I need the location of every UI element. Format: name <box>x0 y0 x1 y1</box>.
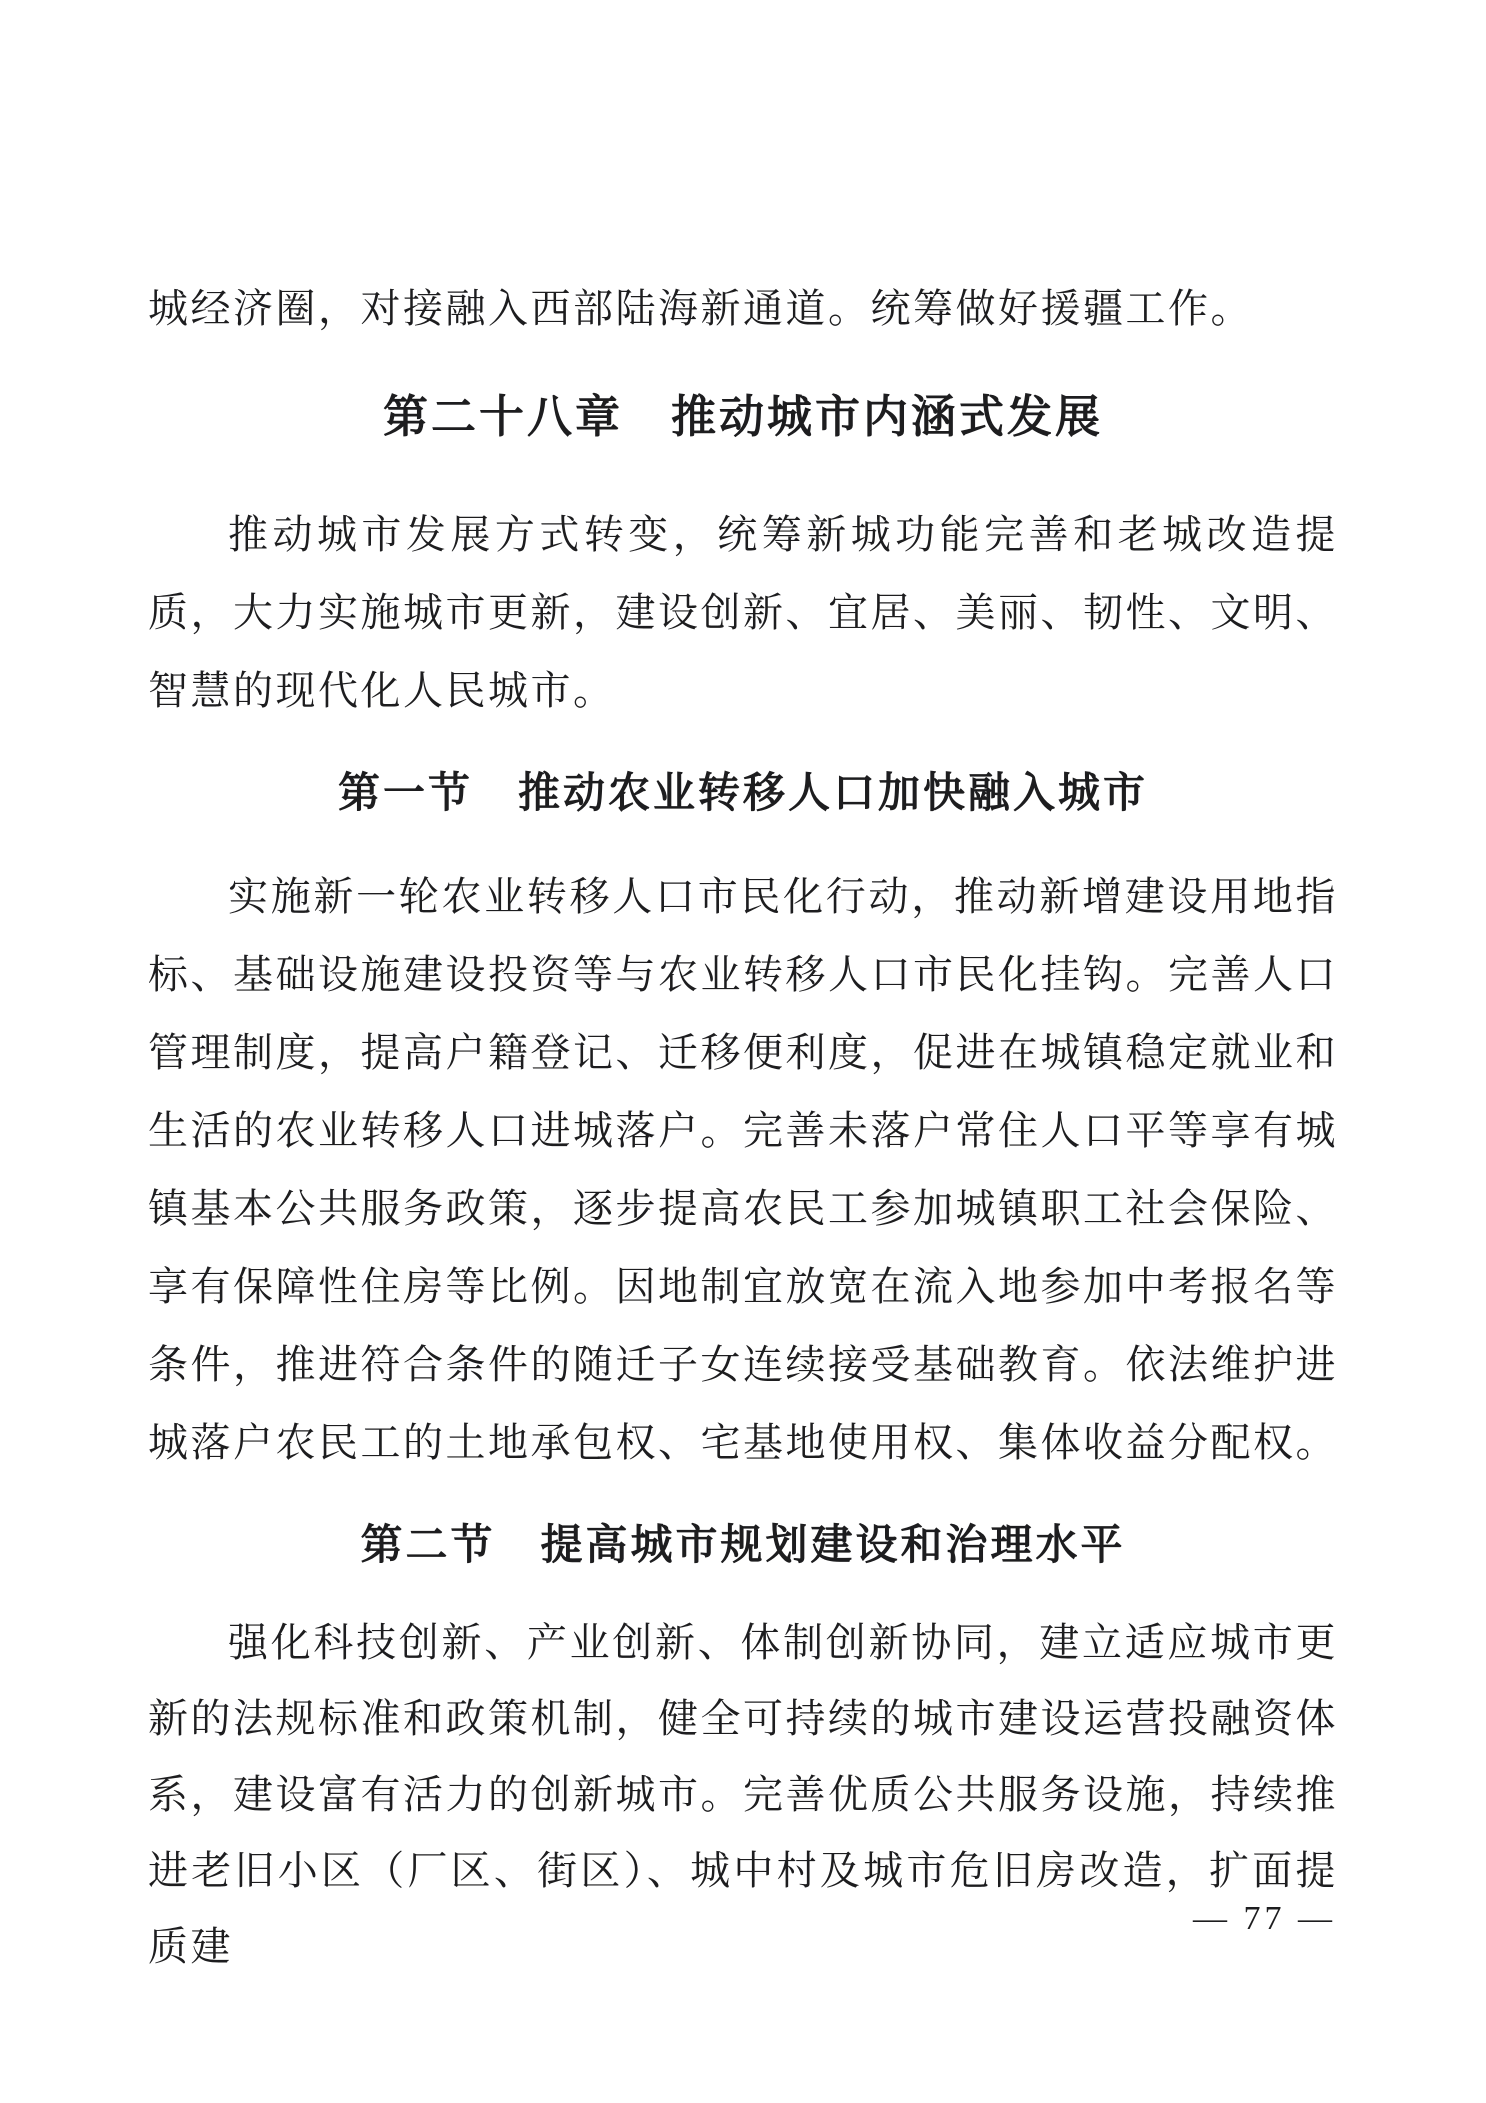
document-page: 城经济圈，对接融入西部陆海新通道。统筹做好援疆工作。 第二十八章 推动城市内涵式… <box>0 0 1486 2103</box>
page-number: — 77 — <box>1193 1900 1336 1938</box>
section-heading-1: 第一节 推动农业转移人口加快融入城市 <box>148 755 1338 833</box>
section-1-paragraph: 实施新一轮农业转移人口市民化行动，推动新增建设用地指标、基础设施建设投资等与农业… <box>148 858 1338 1482</box>
document-content: 城经济圈，对接融入西部陆海新通道。统筹做好援疆工作。 第二十八章 推动城市内涵式… <box>148 270 1338 1985</box>
chapter-heading: 第二十八章 推动城市内涵式发展 <box>148 378 1338 456</box>
section-2-paragraph: 强化科技创新、产业创新、体制创新协同，建立适应城市更新的法规标准和政策机制，健全… <box>148 1605 1338 1985</box>
continuation-paragraph: 城经济圈，对接融入西部陆海新通道。统筹做好援疆工作。 <box>148 270 1338 348</box>
intro-paragraph: 推动城市发展方式转变，统筹新城功能完善和老城改造提质，大力实施城市更新，建设创新… <box>148 496 1338 730</box>
section-heading-2: 第二节 提高城市规划建设和治理水平 <box>148 1507 1338 1585</box>
